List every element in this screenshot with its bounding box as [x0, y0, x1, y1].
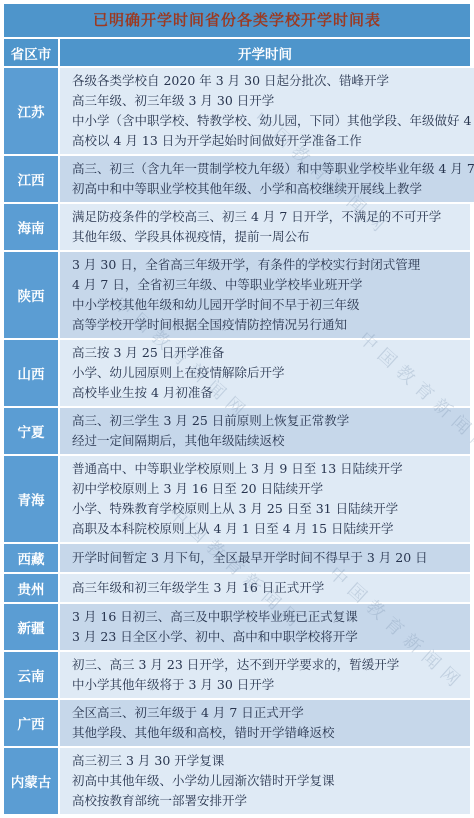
table-row: 内蒙古高三初三 3 月 30 开学复课初高中其他年级、小学幼儿园渐次错时开学复课… [4, 748, 470, 814]
schedule-line: 4 月 7 日，全省初三年级、中等职业学校毕业班开学 [72, 275, 464, 295]
province-cell: 贵州 [4, 574, 58, 602]
province-cell: 西藏 [4, 544, 58, 572]
table-header-row: 省区市 开学时间 [4, 39, 470, 66]
schedule-line: 普通高中、中等职业学校原则上 3 月 9 日至 13 日陆续开学 [72, 459, 464, 479]
schedule-line: 3 月 16 日初三、高三及中职学校毕业班已正式复课 [72, 607, 464, 627]
province-cell: 江苏 [4, 68, 58, 154]
table-row: 江苏各级各类学校自 2020 年 3 月 30 日起分批次、错峰开学高三年级、初… [4, 68, 470, 154]
table-row: 海南满足防疫条件的学校高三、初三 4 月 7 日开学，不满足的不可开学其他年级、… [4, 204, 470, 250]
table-row: 山西高三按 3 月 25 日开学准备小学、幼儿园原则上在疫情解除后开学高校毕业生… [4, 340, 470, 406]
schedule-line: 中小学（含中职学校、特教学校、幼儿园，下同）其他学段、年级做好 4 月 7 日开… [72, 111, 474, 131]
schedule-line: 开学时间暂定 3 月下旬，全区最早开学时间不得早于 3 月 20 日 [72, 548, 464, 568]
table-row: 陕西3 月 30 日，全省高三年级开学，有条件的学校实行封闭式管理4 月 7 日… [4, 252, 470, 338]
reopening-table: 已明确开学时间省份各类学校开学时间表 省区市 开学时间 江苏各级各类学校自 20… [4, 4, 470, 814]
schedule-line: 高校毕业生按 4 月初准备 [72, 383, 464, 403]
schedule-cell: 高三年级和初三年级学生 3 月 16 日正式开学 [60, 574, 470, 602]
province-cell: 内蒙古 [4, 748, 58, 814]
table-row: 西藏开学时间暂定 3 月下旬，全区最早开学时间不得早于 3 月 20 日 [4, 544, 470, 572]
province-cell: 云南 [4, 652, 58, 698]
schedule-line: 3 月 30 日，全省高三年级开学，有条件的学校实行封闭式管理 [72, 255, 464, 275]
table-row: 青海普通高中、中等职业学校原则上 3 月 9 日至 13 日陆续开学初中学校原则… [4, 456, 470, 542]
table-row: 广西全区高三、初三年级于 4 月 7 日正式开学其他学段、其他年级和高校，错时开… [4, 700, 470, 746]
table-row: 贵州高三年级和初三年级学生 3 月 16 日正式开学 [4, 574, 470, 602]
schedule-line: 各级各类学校自 2020 年 3 月 30 日起分批次、错峰开学 [72, 71, 474, 91]
schedule-line: 高三、初三（含九年一贯制学校九年级）和中等职业学校毕业年级 4 月 7 日返校学… [72, 159, 474, 179]
schedule-cell: 初三、高三 3 月 23 日开学，达不到开学要求的，暂缓开学中小学其他年级将于 … [60, 652, 470, 698]
schedule-cell: 高三、初三（含九年一贯制学校九年级）和中等职业学校毕业年级 4 月 7 日返校学… [60, 156, 474, 202]
province-cell: 新疆 [4, 604, 58, 650]
table-body: 江苏各级各类学校自 2020 年 3 月 30 日起分批次、错峰开学高三年级、初… [4, 68, 470, 814]
schedule-line: 中小学校其他年级和幼儿园开学时间不早于初三年级 [72, 295, 464, 315]
schedule-cell: 3 月 30 日，全省高三年级开学，有条件的学校实行封闭式管理4 月 7 日，全… [60, 252, 470, 338]
schedule-line: 其他学段、其他年级和高校，错时开学错峰返校 [72, 723, 464, 743]
table-row: 江西高三、初三（含九年一贯制学校九年级）和中等职业学校毕业年级 4 月 7 日返… [4, 156, 470, 202]
schedule-line: 其他年级、学段具体视疫情，提前一周公布 [72, 227, 464, 247]
table-row: 云南初三、高三 3 月 23 日开学，达不到开学要求的，暂缓开学中小学其他年级将… [4, 652, 470, 698]
schedule-line: 3 月 23 日全区小学、初中、高中和中职学校将开学 [72, 627, 464, 647]
schedule-line: 初中学校原则上 3 月 16 日至 20 日陆续开学 [72, 479, 464, 499]
schedule-line: 经过一定间隔期后，其他年级陆续返校 [72, 431, 464, 451]
province-cell: 江西 [4, 156, 58, 202]
schedule-line: 初高中其他年级、小学幼儿园渐次错时开学复课 [72, 771, 464, 791]
province-cell: 青海 [4, 456, 58, 542]
schedule-cell: 3 月 16 日初三、高三及中职学校毕业班已正式复课3 月 23 日全区小学、初… [60, 604, 470, 650]
province-cell: 山西 [4, 340, 58, 406]
schedule-line: 高职及本科院校原则上从 4 月 1 日至 4 月 15 日陆续开学 [72, 519, 464, 539]
schedule-line: 中小学其他年级将于 3 月 30 日开学 [72, 675, 464, 695]
schedule-line: 初高中和中等职业学校其他年级、小学和高校继续开展线上教学 [72, 179, 474, 199]
schedule-cell: 高三、初三学生 3 月 25 日前原则上恢复正常教学经过一定间隔期后，其他年级陆… [60, 408, 470, 454]
schedule-line: 高三年级和初三年级学生 3 月 16 日正式开学 [72, 578, 464, 598]
schedule-cell: 开学时间暂定 3 月下旬，全区最早开学时间不得早于 3 月 20 日 [60, 544, 470, 572]
province-cell: 陕西 [4, 252, 58, 338]
school-reopening-table-page: 已明确开学时间省份各类学校开学时间表 省区市 开学时间 江苏各级各类学校自 20… [0, 0, 474, 818]
province-cell: 广西 [4, 700, 58, 746]
schedule-line: 满足防疫条件的学校高三、初三 4 月 7 日开学，不满足的不可开学 [72, 207, 464, 227]
schedule-cell: 各级各类学校自 2020 年 3 月 30 日起分批次、错峰开学高三年级、初三年… [60, 68, 474, 154]
schedule-line: 初三、高三 3 月 23 日开学，达不到开学要求的，暂缓开学 [72, 655, 464, 675]
schedule-line: 全区高三、初三年级于 4 月 7 日正式开学 [72, 703, 464, 723]
schedule-line: 高三年级、初三年级 3 月 30 日开学 [72, 91, 474, 111]
schedule-line: 高校按教育部统一部署安排开学 [72, 791, 464, 811]
schedule-cell: 高三按 3 月 25 日开学准备小学、幼儿园原则上在疫情解除后开学高校毕业生按 … [60, 340, 470, 406]
schedule-line: 小学、特殊教育学校原则上从 3 月 25 日至 31 日陆续开学 [72, 499, 464, 519]
schedule-line: 高三按 3 月 25 日开学准备 [72, 343, 464, 363]
province-cell: 海南 [4, 204, 58, 250]
header-cell-time: 开学时间 [60, 39, 470, 66]
schedule-line: 高三初三 3 月 30 开学复课 [72, 751, 464, 771]
schedule-cell: 满足防疫条件的学校高三、初三 4 月 7 日开学，不满足的不可开学其他年级、学段… [60, 204, 470, 250]
province-cell: 宁夏 [4, 408, 58, 454]
schedule-cell: 普通高中、中等职业学校原则上 3 月 9 日至 13 日陆续开学初中学校原则上 … [60, 456, 470, 542]
page-title: 已明确开学时间省份各类学校开学时间表 [4, 4, 470, 37]
header-cell-province: 省区市 [4, 39, 58, 66]
schedule-line: 高三、初三学生 3 月 25 日前原则上恢复正常教学 [72, 411, 464, 431]
schedule-line: 高校以 4 月 13 日为开学起始时间做好开学准备工作 [72, 131, 474, 151]
table-row: 新疆3 月 16 日初三、高三及中职学校毕业班已正式复课3 月 23 日全区小学… [4, 604, 470, 650]
schedule-line: 小学、幼儿园原则上在疫情解除后开学 [72, 363, 464, 383]
schedule-cell: 高三初三 3 月 30 开学复课初高中其他年级、小学幼儿园渐次错时开学复课高校按… [60, 748, 470, 814]
schedule-cell: 全区高三、初三年级于 4 月 7 日正式开学其他学段、其他年级和高校，错时开学错… [60, 700, 470, 746]
table-row: 宁夏高三、初三学生 3 月 25 日前原则上恢复正常教学经过一定间隔期后，其他年… [4, 408, 470, 454]
schedule-line: 高等学校开学时间根据全国疫情防控情况另行通知 [72, 315, 464, 335]
